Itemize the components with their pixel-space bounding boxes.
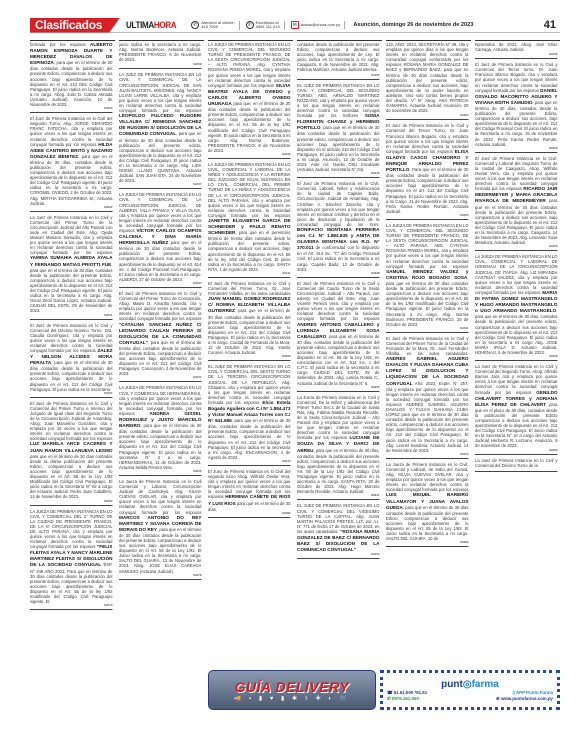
- notice-text-rest: para que en el término de 30 días contad…: [119, 240, 201, 282]
- phone-number: 415 7000: [201, 25, 235, 30]
- pill-icon: ◎: [463, 679, 472, 690]
- page-header: Clasificados ULTIMAHORA ✆Atención al cli…: [30, 18, 560, 33]
- notice-code: S9465: [386, 214, 468, 217]
- notice-code: S9433: [475, 245, 557, 248]
- brand-a: punt: [441, 679, 463, 690]
- notice-code: S9473: [386, 453, 468, 456]
- column-2: juicio radica en la secretaría a mi carg…: [119, 40, 204, 670]
- notice-text-rest: para que en el término de 30 días contad…: [30, 454, 112, 500]
- short-code: *61.61: [414, 690, 427, 695]
- delivery-title: GUÍA DELIVERY: [235, 679, 350, 695]
- notice-text-rest: para que, en el término de 30 días conta…: [208, 101, 290, 153]
- notice-code: S9450: [30, 107, 112, 110]
- notice-text: LA JUEZA DE PRIMERA INSTANCIA EN LO CIVI…: [208, 42, 290, 88]
- legal-notice: juicio radica en la secretaría a mi carg…: [119, 41, 201, 69]
- notice-text: LA JUEZ DE PRIMERA INSTANCIA EN LO CIVIL…: [119, 72, 201, 113]
- notice-text-rest: , para que en término de 30 días contado…: [386, 275, 468, 327]
- notice-text: El Juez de Primera Instancia en lo Civil…: [475, 156, 557, 192]
- notice-code: S9437: [119, 183, 201, 186]
- legal-notice: El Juez de Primera Instancia en lo Civil…: [475, 61, 557, 153]
- legal-notice: El Juez de Primera Instancia en lo Civil…: [30, 400, 112, 506]
- legal-notice: La Juez de Primera Instancia en lo Civil…: [475, 457, 557, 472]
- notice-text-rest: , para que en el término de 30 días, con…: [297, 334, 379, 386]
- notice-text-rest: , para que en el término de treinta días…: [119, 340, 201, 377]
- notice-text: El Juez de Primera Instancia en lo Civil…: [30, 401, 112, 442]
- notice-parties: LUZ MARIELA ARCE CACERES Y JUAN RAMON VI…: [30, 442, 112, 453]
- notice-text-rest: , para que en el término de 30 días, con…: [297, 448, 379, 495]
- legal-notice: LA JUEZA DE PRIMERA INSTANCIA EN LO CIVI…: [475, 253, 557, 361]
- legal-notice: LA JUEZA DE PRIMERA INSTANCIA EN LO CIVI…: [386, 222, 468, 333]
- notice-code: S9411: [386, 327, 468, 330]
- notice-text-rest: Año: 2023, Expte. N° 257, cita y emplaza…: [386, 381, 468, 453]
- notice-text-rest: , para que en término de 30 días, contad…: [475, 100, 557, 147]
- notice-text: LA JUEZA DE PRIMERA INSTANCIA EN LO CIVI…: [386, 223, 468, 269]
- notice-text: EL JUEZ DE PRIMERA INSTANCIA EN LO CIVIL…: [297, 83, 379, 119]
- notice-text: El Juez de Primera Instancia en lo Civil…: [297, 281, 379, 322]
- notice-text: Noviembre de 2023. Abog. José Elías Care…: [475, 42, 557, 52]
- legal-notice: El Juez de Primera Instancia en lo Civil…: [208, 468, 290, 518]
- notice-code: S9464: [386, 114, 468, 117]
- notice-text: La Jueza de Primera Instancia en lo Civi…: [119, 479, 201, 515]
- web-value: www.puntofarma.com.py: [501, 696, 553, 701]
- notice-text: El Juez de Primera Instancia en lo Civil…: [386, 336, 468, 356]
- notice-code: S9435: [475, 53, 557, 56]
- notice-code: S9238: [297, 272, 379, 275]
- notice-text: La Jueza de Primera Instancia en lo Civi…: [386, 462, 468, 492]
- notice-text-rest: , para que en el término de 30 días, con…: [475, 308, 557, 355]
- notice-text: 122, AÑO: 2023, SECRETARÍA N° 39, cita y…: [386, 42, 468, 113]
- notice-code: S9243: [208, 460, 290, 463]
- legal-notice: LA JUEZA DE PRIMERA INSTANCIA EN LO CIVI…: [30, 508, 112, 611]
- legal-notice: La Juez de Primera Instancia en lo Civil…: [475, 363, 557, 455]
- notice-text: LA JUEZA DE PRIMERA INSTANCIA EN LO CIVI…: [30, 509, 112, 550]
- legal-notice: LA JUEZA DE PRIMERA INSTANCIA EN LO CIVI…: [208, 161, 290, 278]
- email-contact[interactable]: ✉avisos@uhora.com.py: [291, 21, 346, 29]
- legal-notice: EL JUEZ DE PRIMERA INSTANCIA EN LO CIVIL…: [297, 502, 379, 559]
- legal-notice: Noviembre de 2023. Abog. José Elías Care…: [475, 41, 557, 59]
- puntofarma-whatsapp: ✆ 0976.161.000: [387, 696, 419, 702]
- notice-parties: YAMINA SUMAHIA ALMEIDA AYALA Y FERNANDO …: [30, 256, 112, 267]
- notice-code: S9432: [30, 206, 112, 209]
- legal-notice: La Jueza de Primera Instancia en lo Civi…: [386, 461, 468, 547]
- legal-notice: El Juez de Primera Instancia en lo Civil…: [30, 322, 112, 398]
- legal-notice: La Juez de Primera Instancia en lo Civil…: [30, 214, 112, 320]
- notice-text: LA JUEZA DE PRIMERA INSTANCIA EN LO CIVI…: [208, 162, 290, 218]
- column-4: contados desde la publicación del presen…: [297, 40, 382, 670]
- legal-notice: El Juez de Primera Instancia en lo Civil…: [386, 122, 468, 220]
- page-number: 41: [544, 19, 560, 31]
- notice-code: S9469: [475, 449, 557, 452]
- notice-text-rest: , para que en el término de 30 días cont…: [119, 527, 201, 574]
- notice-text: contados desde la publicación del presen…: [297, 42, 379, 72]
- app-label: APP Punto Farma: [516, 690, 553, 695]
- notice-code: S9441: [30, 314, 112, 317]
- puntofarma-logo: punt◎farma: [387, 679, 553, 690]
- notice-text-rest: para que en el plazo de 30 días, contado…: [475, 402, 557, 449]
- column-6: Noviembre de 2023. Abog. José Elías Care…: [475, 40, 560, 670]
- legal-notice: El Juez de Primera Instancia en lo Civil…: [386, 335, 468, 459]
- notice-text-rest: , para que en el término de 30 días cont…: [208, 308, 290, 355]
- notice-code: S9439: [475, 355, 557, 358]
- notice-code: S9480: [208, 512, 290, 515]
- legal-notice: formada por los esposos ALBERTO RAMON ES…: [30, 41, 112, 113]
- envelope-icon: ✉: [291, 21, 299, 29]
- legal-notice: El Juez de Primera Instancia en lo Civil…: [297, 180, 379, 278]
- notice-text: juicio radica en la secretaría a mi carg…: [119, 42, 201, 62]
- notice-code: S9411: [208, 272, 290, 275]
- notice-code: S9480: [386, 541, 468, 544]
- notice-text-rest: , para que en el término de 30 días, con…: [30, 262, 112, 314]
- notice-code: S9422: [297, 74, 379, 77]
- whatsapp-value: 0976.161.000: [392, 696, 419, 701]
- notice-code: S9234: [119, 282, 201, 285]
- legal-notice: La Jueza de Primera Instancia en lo Civi…: [297, 394, 379, 501]
- notice-text-rest: para que en el término de 30 días contad…: [475, 198, 557, 245]
- legal-notice: contados desde la publicación del presen…: [297, 41, 379, 80]
- brand-b: farma: [472, 679, 499, 690]
- logo-part-a: ULTIMA: [126, 20, 154, 31]
- whatsapp-number: 0981 111 013: [256, 25, 280, 30]
- notice-text: El Juez de Primera Instancia en lo Civil…: [208, 281, 290, 296]
- notice-text: EL JUEZ DE PRIMERA INSTANCIA EN LO CIVIL…: [208, 364, 290, 405]
- email-address: avisos@uhora.com.py: [301, 23, 341, 28]
- notice-code: S9235: [119, 470, 201, 473]
- legal-notice: 122, AÑO: 2023, SECRETARÍA N° 39, cita y…: [386, 41, 468, 120]
- notice-code: S9476: [119, 574, 201, 577]
- notice-text: LA JUEZA DE PRIMERA INSTANCIA EN LO CIVI…: [475, 254, 557, 295]
- puntofarma-ad[interactable]: punt◎farma ☎ 61.61.000 *61.61▯ APP Punto…: [380, 670, 560, 710]
- logo-part-b: HORA: [154, 20, 176, 31]
- notice-text-rest: , para que en el perentorio término de t…: [208, 230, 290, 272]
- notice-code: S9429: [475, 147, 557, 150]
- notice-code: S9418: [297, 172, 379, 175]
- delivery-icons: 🚚 ▪ ▮ ♥ ▮ ✱ ⚕ ✚ ◐ 🛒: [234, 695, 350, 702]
- notice-text-rest: , para que en el término de 30 días cont…: [297, 125, 379, 172]
- phone-value: 61.61.000: [394, 690, 414, 695]
- notice-parties: SAMUEL MENDEZ VALDEZ y CRISTINA ROJO BOG…: [386, 270, 468, 281]
- classifieds-columns: formada por los esposos ALBERTO RAMON ES…: [30, 40, 560, 670]
- newspaper-logo: ULTIMAHORA: [126, 20, 176, 31]
- column-3: LA JUEZA DE PRIMERA INSTANCIA EN LO CIVI…: [208, 40, 293, 670]
- column-5: 122, AÑO: 2023, SECRETARÍA N° 39, cita y…: [386, 40, 471, 670]
- guia-delivery-ad[interactable]: GUÍA DELIVERY 🚚 ▪ ▮ ♥ ▮ ✱ ⚕ ✚ ◐ 🛒: [208, 670, 376, 710]
- notice-code: S9470: [30, 604, 112, 607]
- notice-text-rest: , para que en el término de 30 días, con…: [30, 154, 112, 206]
- notice-code: S9462: [30, 500, 112, 503]
- legal-notice: El Juez de Primera Instancia en lo Civil…: [475, 155, 557, 252]
- whatsapp-contact[interactable]: ✆Escribinos al0981 111 013: [246, 21, 285, 30]
- notice-code: S9437: [30, 392, 112, 395]
- section-title: Clasificados: [30, 18, 120, 33]
- notice-code: S9439: [119, 63, 201, 66]
- legal-notice: El Juez de Primera Instancia en lo Civil…: [119, 290, 201, 383]
- notice-text-rest: , para que en el término de 30 días cont…: [119, 131, 201, 183]
- legal-notice: La Jueza de Primera Instancia en lo Civi…: [119, 478, 201, 580]
- phone-contact[interactable]: ✆Atención al cliente:415 7000: [191, 21, 240, 30]
- notice-code: S9229: [208, 355, 290, 358]
- issue-date: Asunción, domingo 26 de noviembre de 202…: [353, 22, 473, 28]
- notice-code: S9411: [119, 376, 201, 379]
- legal-notice: El Juez de Primera Instancia en lo Civil…: [297, 280, 379, 392]
- legal-notice: EL JUEZ DE PRIMERA INSTANCIA EN LO CIVIL…: [208, 363, 290, 466]
- notice-code: S9460: [297, 553, 379, 556]
- notice-code: S9241: [297, 494, 379, 497]
- notice-text-rest: , para que en el término de 30 días cont…: [386, 505, 468, 542]
- notice-text-rest: , para que en el término de 30 días cont…: [119, 423, 201, 470]
- notice-text-rest: . Para que en el término de 30 días cont…: [386, 167, 468, 214]
- whatsapp-icon: ✆: [246, 21, 254, 29]
- notice-code: S9432: [208, 153, 290, 156]
- notice-text: LA JUEZA DE PRIMERA INSTANCIA EN LO CIVI…: [119, 192, 201, 233]
- puntofarma-web: ⊕ www.puntofarma.com.py: [496, 696, 553, 702]
- notice-text: La Jueza de Primera Instancia en lo Civi…: [297, 395, 379, 441]
- column-1: formada por los esposos ALBERTO RAMON ES…: [30, 40, 115, 670]
- notice-text-rest: EXP. N° 348 AÑO 2023. Para que en términ…: [30, 562, 112, 604]
- notice-text: formada por los esposos: [30, 42, 90, 47]
- notice-text: La Juez de Primera Instancia en lo Civil…: [475, 458, 557, 468]
- notice-text: La Juez de Primera Instancia en lo Civil…: [30, 215, 112, 256]
- legal-notice: El Juez de Primera Instancia en lo Civil…: [208, 280, 290, 361]
- notice-text-rest: , para que en el término de 30 días cont…: [30, 60, 112, 107]
- bottom-ads: GUÍA DELIVERY 🚚 ▪ ▮ ♥ ▮ ✱ ⚕ ✚ ◐ 🛒 punt◎f…: [208, 670, 560, 710]
- legal-notice: LA JUEZA DE PRIMERA INSTANCIA EN LO CIVI…: [119, 191, 201, 288]
- phone-icon: ✆: [191, 21, 199, 29]
- legal-notice: LA JUEZ DE PRIMERA INSTANCIA EN LO CIVIL…: [119, 71, 201, 189]
- legal-notice: LA JUEZA DE PRIMERA INSTANCIA EN LO CIVI…: [208, 41, 290, 159]
- notice-code: S9250: [297, 386, 379, 389]
- notice-text: El Juez de Primera Instancia en lo Civil…: [119, 291, 201, 321]
- legal-notice: El Juez de Primera Instancia en lo Civil…: [30, 115, 112, 212]
- notice-text-rest: , para que en el término de 30 días, con…: [208, 418, 290, 460]
- notice-text: El Juez de Primera Instancia en lo Civil…: [297, 181, 379, 227]
- legal-notice: LA JUEZA DE PRIMERA INSTANCIA EN LO CIVI…: [119, 384, 201, 476]
- legal-notice: EL JUEZ DE PRIMERA INSTANCIA EN LO CIVIL…: [297, 82, 379, 179]
